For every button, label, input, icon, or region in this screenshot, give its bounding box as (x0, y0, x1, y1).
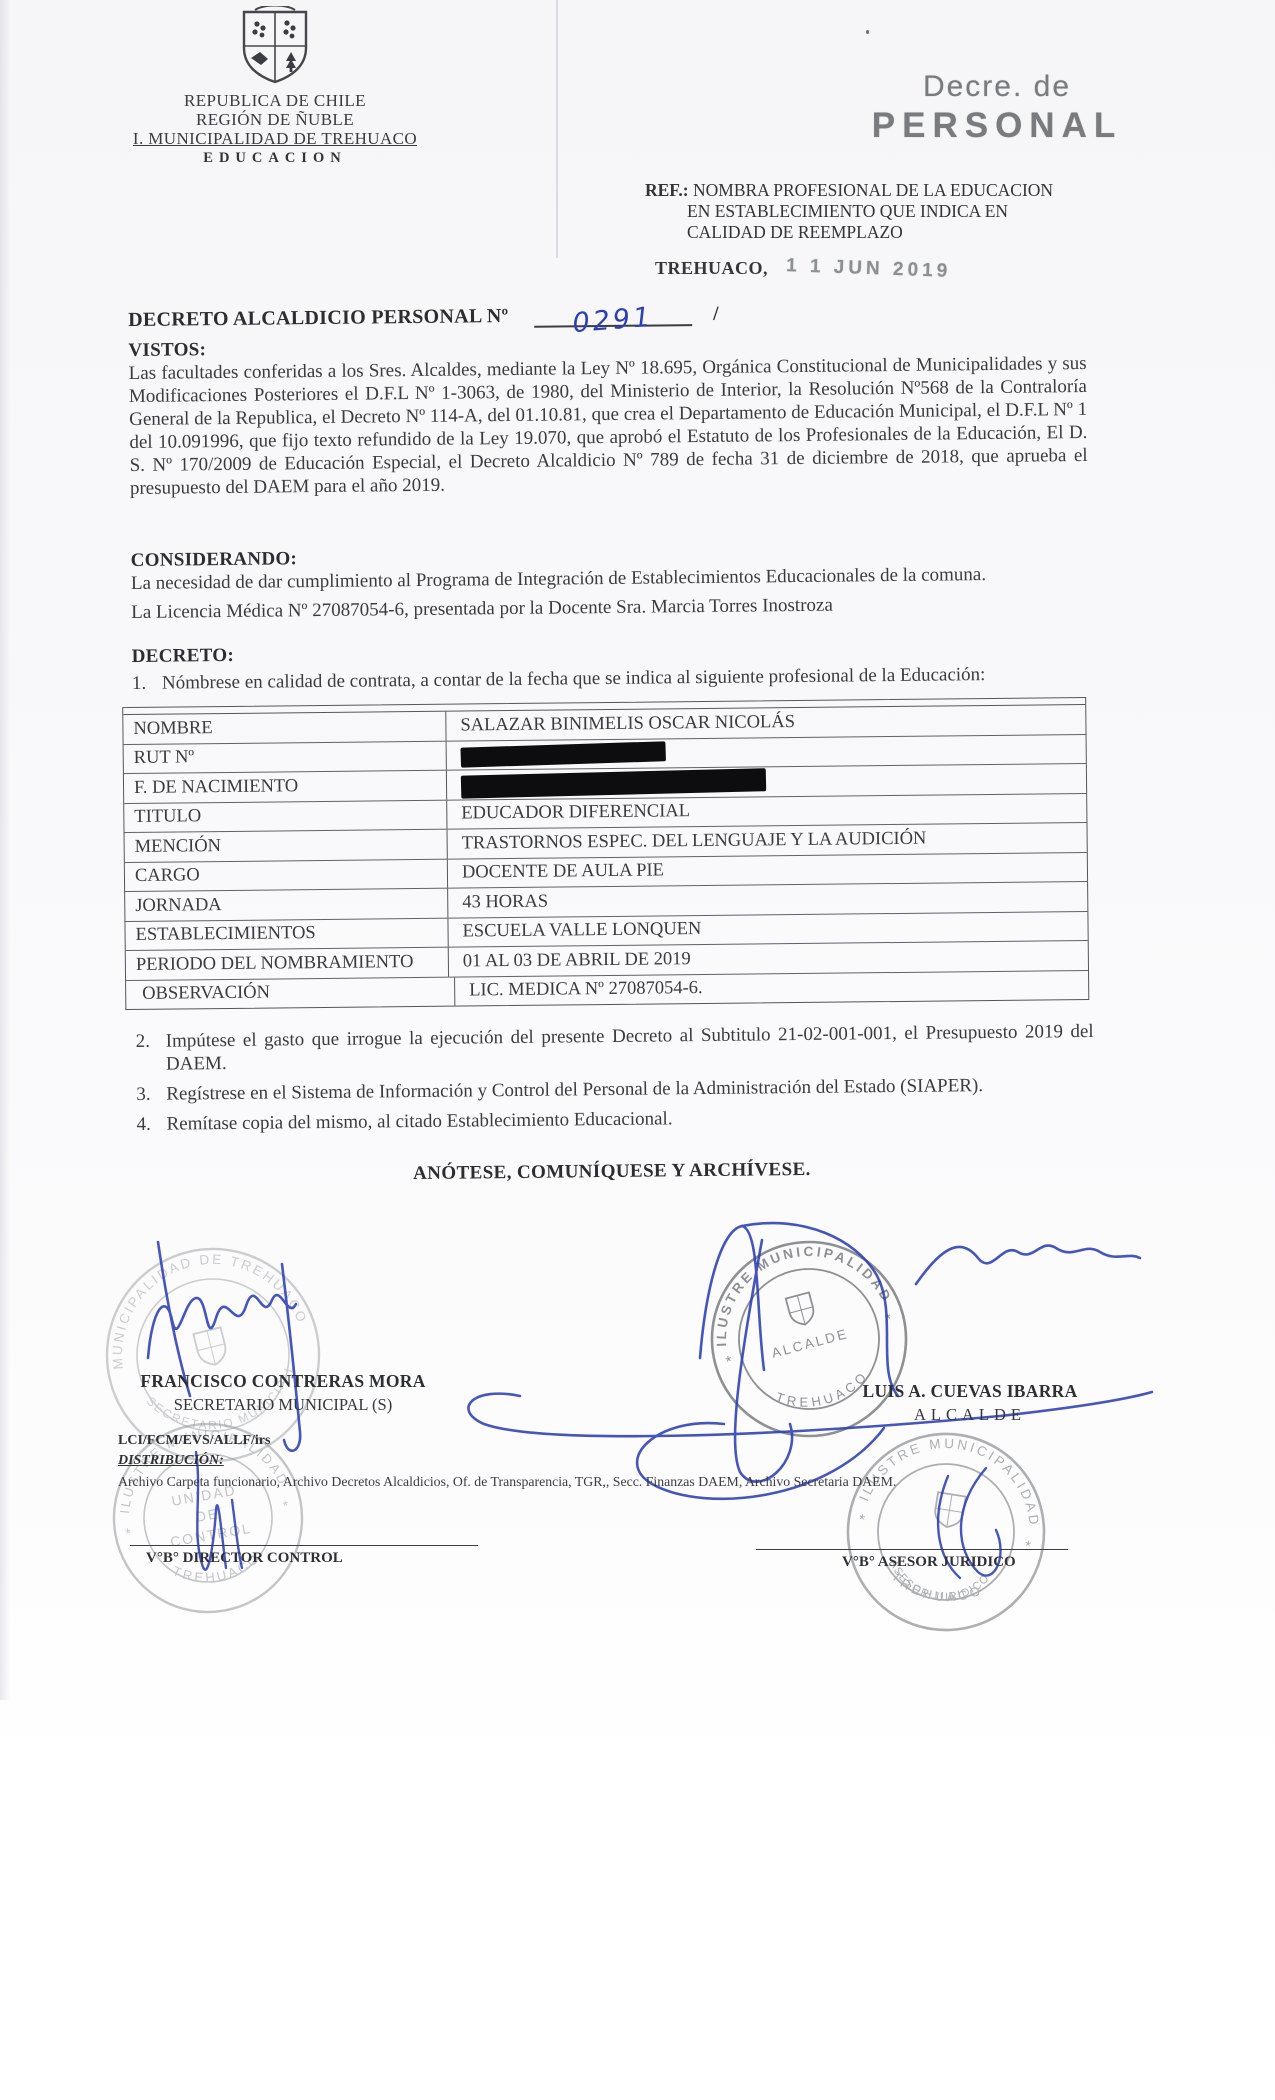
coat-of-arms-icon (237, 6, 313, 86)
stamp-shield-icon (786, 1292, 817, 1327)
scan-edge-shadow (0, 0, 10, 1700)
considerando-paragraph-2: La Licencia Médica Nº 27087054-6, presen… (131, 591, 1089, 624)
scanned-decree-page: REPUBLICA DE CHILE REGIÓN DE ÑUBLE I. MU… (0, 0, 1275, 2100)
personnel-decree-stamp: Decre. de PERSONAL (858, 70, 1136, 146)
item-number: 4. (136, 1113, 166, 1136)
footer-initials: LCI/FCM/EVS/ALLF/irs (118, 1433, 1178, 1449)
decree-body: DECRETO ALCALDICIO PERSONAL Nº 0291 / VI… (128, 296, 1095, 1188)
vistos-paragraph: Las facultades conferidas a los Sres. Al… (129, 352, 1088, 500)
row-label: JORNADA (125, 889, 448, 921)
reference-block: REF.: NOMBRA PROFESIONAL DE LA EDUCACION… (645, 180, 1105, 243)
stamp-arc-text: ILUSTRE MUNICIPALIDAD (694, 1223, 896, 1350)
scan-crease-line (556, 0, 558, 258)
signer-title: ALCALDE (810, 1405, 1130, 1425)
reference-line3: CALIDAD DE REEMPLAZO (645, 222, 1105, 243)
decree-number-blank: 0291 (534, 300, 692, 328)
vb-director-control: V°B° DIRECTOR CONTROL (130, 1545, 478, 1567)
item-number: 2. (136, 1030, 166, 1076)
scan-speck (866, 30, 869, 34)
reference-text1: NOMBRA PROFESIONAL DE LA EDUCACION (693, 180, 1053, 200)
item-number: 1. (132, 672, 162, 695)
decreto-item-4: 4. Remítase copia del mismo, al citado E… (136, 1103, 1094, 1136)
reference-line1: REF.: NOMBRA PROFESIONAL DE LA EDUCACION (645, 180, 1105, 201)
closing-formula: ANÓTESE, COMUNÍQUESE Y ARCHÍVESE. (413, 1156, 1095, 1185)
appointment-table: NOMBRESALAZAR BINIMELIS OSCAR NICOLÁS RU… (122, 697, 1089, 1010)
signature-rule (130, 1545, 478, 1546)
row-label: CARGO (125, 859, 448, 891)
item-text: Impútese el gasto que irrogue la ejecuci… (166, 1020, 1094, 1076)
redaction-bar (461, 768, 766, 798)
decree-number-label: DECRETO ALCALDICIO PERSONAL Nº (128, 305, 509, 331)
stamp-arc-text: TREHUACO (886, 1567, 987, 1611)
decree-number-handwritten: 0291 (572, 302, 655, 339)
letterhead-department: EDUCACION (108, 150, 442, 167)
vb-text: V°B° ASESOR JURIDICO (756, 1554, 1068, 1571)
decreto-item-1: 1. Nómbrese en calidad de contrata, a co… (132, 662, 1090, 695)
alcalde-round-stamp: ILUSTRE MUNICIPALIDAD TREHUACO * * ALCAL… (683, 1213, 935, 1465)
decree-number-slash: / (713, 303, 719, 325)
city-label: TREHUACO, (655, 258, 768, 278)
stamp-center-text: DE (195, 1505, 221, 1525)
letterhead-country: REPUBLICA DE CHILE (108, 91, 442, 110)
personnel-decree-stamp-line1: Decre. de (858, 70, 1136, 104)
decree-number-line: DECRETO ALCALDICIO PERSONAL Nº 0291 / (128, 296, 1086, 332)
footer-block: LCI/FCM/EVS/ALLF/irs DISTRIBUCIÓN: Archi… (118, 1433, 1178, 1490)
place-date-line: TREHUACO, 1 1 JUN 2019 (655, 258, 951, 280)
item-text: Remítase copia del mismo, al citado Esta… (166, 1103, 1094, 1136)
decreto-items-2-4: 2. Impútese el gasto que irrogue la ejec… (136, 1020, 1095, 1136)
row-label: ESTABLECIMIENTOS (125, 918, 448, 950)
stamp-star: * (883, 1310, 893, 1328)
signer-title: SECRETARIO MUNICIPAL (S) (118, 1395, 448, 1415)
letterhead-region: REGIÓN DE ÑUBLE (108, 110, 442, 129)
row-label: RUT Nº (124, 741, 447, 773)
decreto-item-2: 2. Impútese el gasto que irrogue la ejec… (136, 1020, 1094, 1076)
row-value: LIC. MEDICA Nº 27087054-6. (455, 970, 1088, 1005)
item-number: 3. (136, 1083, 166, 1106)
row-label: F. DE NACIMIENTO (124, 771, 447, 803)
signer-name: LUIS A. CUEVAS IBARRA (810, 1381, 1130, 1402)
stamp-arc-text: MUNICIPALIDAD DE TREHUACO (88, 1230, 310, 1372)
row-label: TITULO (124, 800, 447, 832)
redaction-bar (460, 741, 666, 767)
row-label: PERIODO DEL NOMBRAMIENTO (126, 948, 449, 980)
vb-text: V°B° DIRECTOR CONTROL (130, 1550, 478, 1567)
svg-text:ILUSTRE MUNICIPALIDAD: ILUSTRE MUNICIPALIDAD (694, 1223, 896, 1350)
stamp-star: * (124, 1525, 133, 1542)
svg-text:TREHUACO: TREHUACO (886, 1567, 987, 1611)
signature-block-secretario: FRANCISCO CONTRERAS MORA SECRETARIO MUNI… (118, 1371, 448, 1415)
vb-asesor-juridico: V°B° ASESOR JURIDICO (756, 1549, 1068, 1571)
decreto-item-3: 3. Regístrese en el Sistema de Informaci… (136, 1073, 1094, 1106)
distribution-label: DISTRIBUCIÓN: (118, 1453, 1178, 1469)
item-text: Regístrese en el Sistema de Información … (166, 1073, 1094, 1106)
signature-rule (756, 1549, 1068, 1550)
row-label: MENCIÓN (125, 830, 448, 862)
stamp-star: * (282, 1497, 291, 1514)
date-stamp: 1 1 JUN 2019 (786, 255, 952, 283)
distribution-list: Archivo Carpeta funcionario, Archivo Dec… (118, 1474, 1178, 1490)
reference-line2: EN ESTABLECIMIENTO QUE INDICA EN (645, 201, 1105, 222)
signer-name: FRANCISCO CONTRERAS MORA (118, 1371, 448, 1392)
stamp-star: * (724, 1353, 734, 1371)
item-text: Nómbrese en calidad de contrata, a conta… (162, 662, 1090, 695)
svg-text:MUNICIPALIDAD DE TREHUACO: MUNICIPALIDAD DE TREHUACO (88, 1230, 310, 1372)
letterhead-municipality: I. MUNICIPALIDAD DE TREHUACO (108, 129, 442, 148)
stamp-star: * (858, 1511, 867, 1529)
stamp-center-text: ALCALDE (770, 1326, 850, 1361)
personnel-decree-stamp-line2: PERSONAL (858, 106, 1136, 146)
row-label: OBSERVACIÓN (126, 977, 455, 1009)
stamp-shield-icon (933, 1492, 966, 1529)
row-label: NOMBRE (123, 712, 446, 744)
reference-label: REF.: (645, 180, 689, 200)
letterhead: REPUBLICA DE CHILE REGIÓN DE ÑUBLE I. MU… (108, 6, 442, 167)
signature-block-alcalde: LUIS A. CUEVAS IBARRA ALCALDE (810, 1381, 1130, 1425)
